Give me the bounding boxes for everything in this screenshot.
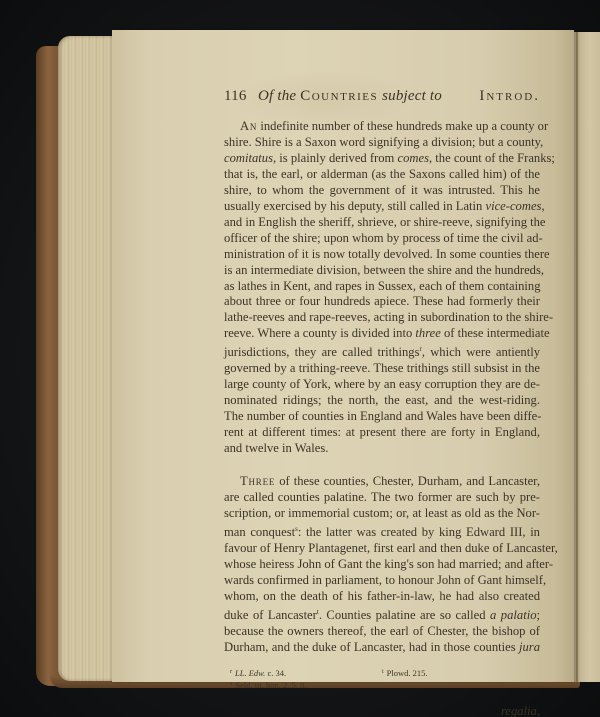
running-head: 116 Of the Countries subject to Introd. <box>224 88 540 110</box>
text-run: large county of York, where by an easy c… <box>224 377 540 391</box>
italic-term: comes <box>398 151 429 165</box>
text-run: jurisdictions, they are called trithings <box>224 345 419 359</box>
catchword: regalia, <box>501 704 540 717</box>
text-run: man conquest <box>224 525 295 539</box>
footnote-s: sSeld. tit. hon. 2. 5. 8. <box>230 678 306 691</box>
text-run: indefinite number of these hundreds make… <box>257 119 548 133</box>
italic-term: a palatio <box>490 608 536 622</box>
text-run: and in English the sheriff, shrieve, or … <box>224 215 546 229</box>
text-run: as lathes in Kent, and rapes in Sussex, … <box>224 279 541 293</box>
text-run: whose heiress John of Gant the king's so… <box>224 557 553 571</box>
text-line: nominated ridings; the north, the east, … <box>224 393 540 409</box>
text-run: The number of counties in England and Wa… <box>224 409 541 423</box>
italic-term: jura <box>519 640 540 654</box>
text-run: Durham, and the duke of Lancaster, had i… <box>224 640 519 654</box>
text-line: shire, to whom the government of it was … <box>224 183 540 199</box>
small-caps-lead: Three <box>240 474 275 488</box>
text-line: wards confirmed in parliament, to honour… <box>224 573 540 589</box>
text-run: . Counties palatine are so called <box>319 608 490 622</box>
text-run: of these intermediate <box>441 326 550 340</box>
text-run: whom, on the death of his father-in-law,… <box>224 589 540 603</box>
text-line: The number of counties in England and Wa… <box>224 409 540 425</box>
running-title-pre: Of the <box>258 88 296 104</box>
text-run: is an intermediate division, between the… <box>224 263 544 277</box>
page-text: 116 Of the Countries subject to Introd. … <box>224 88 540 717</box>
text-line: An indefinite number of these hundreds m… <box>224 119 540 135</box>
text-line: man conquests: the latter was created by… <box>224 522 540 541</box>
italic-term: vice-comes <box>486 199 542 213</box>
text-line: officer of the shire; upon whom by proce… <box>224 231 540 247</box>
text-run: that is, the earl, or alderman (as the S… <box>224 167 540 181</box>
text-run: wards confirmed in parliament, to honour… <box>224 573 546 587</box>
text-run: governed by a trithing-reeve. These trit… <box>224 361 540 375</box>
footnote-text: Seld. tit. hon. 2. 5. 8. <box>235 680 306 690</box>
text-line: Durham, and the duke of Lancaster, had i… <box>224 640 540 656</box>
text-run: shire, to whom the government of it was … <box>224 183 540 197</box>
text-line: rent at different times: at present ther… <box>224 425 540 441</box>
text-line: because the owners thereof, the earl of … <box>224 624 540 640</box>
text-run: ministration of it is now totally devolv… <box>224 247 550 261</box>
page-number: 116 <box>224 88 247 105</box>
running-title-post: subject to <box>382 88 442 104</box>
text-run: favour of Henry Plantagenet, first earl … <box>224 541 558 555</box>
footnotes: rLL. Edw. c. 34. sSeld. tit. hon. 2. 5. … <box>224 666 540 700</box>
text-run: duke of Lancaster <box>224 608 317 622</box>
text-run: , <box>541 199 544 213</box>
paragraph-counties-palatine: Three of these counties, Chester, Durham… <box>224 474 540 655</box>
text-line: jurisdictions, they are called trithings… <box>224 342 540 361</box>
text-line: and twelve in Wales. <box>224 441 540 457</box>
footnote-marker: r <box>230 669 232 675</box>
text-run: , which were antiently <box>422 345 540 359</box>
italic-term: comitatus <box>224 151 273 165</box>
text-line: whom, on the death of his father-in-law,… <box>224 589 540 605</box>
text-run: ; <box>537 608 541 622</box>
text-line: Three of these counties, Chester, Durham… <box>224 474 540 490</box>
text-line: shire. Shire is a Saxon word signifying … <box>224 135 540 151</box>
text-line: lathe-reeves and rape-reeves, acting in … <box>224 310 540 326</box>
paragraph-counties: An indefinite number of these hundreds m… <box>224 119 540 457</box>
running-section: Introd. <box>479 88 540 105</box>
running-title-main: Countries <box>300 88 378 104</box>
running-title: Of the Countries subject to <box>258 88 442 105</box>
text-run: shire. Shire is a Saxon word signifying … <box>224 135 543 149</box>
text-line: governed by a trithing-reeve. These trit… <box>224 361 540 377</box>
text-line: that is, the earl, or alderman (as the S… <box>224 167 540 183</box>
text-run: are called counties palatine. The two fo… <box>224 490 540 504</box>
text-line: reeve. Where a county is divided into th… <box>224 326 540 342</box>
text-run: rent at different times: at present ther… <box>224 425 540 439</box>
footnote-t: tPlowd. 215. <box>382 666 428 679</box>
footnote-ref: c. 34. <box>265 668 286 678</box>
footnote-text: Plowd. 215. <box>387 668 428 678</box>
text-run: because the owners thereof, the earl of … <box>224 624 540 638</box>
page-block-edges <box>58 36 114 681</box>
text-line: scription, or immemorial custom; or, at … <box>224 506 540 522</box>
text-line: about three or four hundreds apiece. The… <box>224 294 540 310</box>
text-run: , the count of the Franks; <box>429 151 555 165</box>
text-line: are called counties palatine. The two fo… <box>224 490 540 506</box>
text-run: usually exercised by his deputy, still c… <box>224 199 486 213</box>
book-scan: 116 Of the Countries subject to Introd. … <box>0 0 600 717</box>
text-run: and twelve in Wales. <box>224 441 328 455</box>
small-caps-lead: An <box>240 119 257 133</box>
text-run: lathe-reeves and rape-reeves, acting in … <box>224 310 553 324</box>
text-line: large county of York, where by an easy c… <box>224 377 540 393</box>
text-line: and in English the sheriff, shrieve, or … <box>224 215 540 231</box>
text-line: ministration of it is now totally devolv… <box>224 247 540 263</box>
text-run: of these counties, Chester, Durham, and … <box>275 474 540 488</box>
text-run: reeve. Where a county is divided into <box>224 326 415 340</box>
italic-term: three <box>415 326 440 340</box>
gutter <box>576 32 578 682</box>
footnote-marker: t <box>382 669 384 675</box>
text-run: : the latter was created by king Edward … <box>298 525 540 539</box>
text-line: as lathes in Kent, and rapes in Sussex, … <box>224 279 540 295</box>
text-run: nominated ridings; the north, the east, … <box>224 393 540 407</box>
text-line: comitatus, is plainly derived from comes… <box>224 151 540 167</box>
footnote-marker: s <box>230 681 232 687</box>
catchword-row: regalia, <box>224 704 540 717</box>
text-line: is an intermediate division, between the… <box>224 263 540 279</box>
text-line: favour of Henry Plantagenet, first earl … <box>224 541 540 557</box>
text-line: duke of Lancastert. Counties palatine ar… <box>224 605 540 624</box>
text-run: officer of the shire; upon whom by proce… <box>224 231 543 245</box>
footnote-source: LL. Edw. <box>235 668 265 678</box>
text-run: scription, or immemorial custom; or, at … <box>224 506 540 520</box>
text-run: , is plainly derived from <box>273 151 398 165</box>
text-line: whose heiress John of Gant the king's so… <box>224 557 540 573</box>
text-run: about three or four hundreds apiece. The… <box>224 294 540 308</box>
text-line: usually exercised by his deputy, still c… <box>224 199 540 215</box>
